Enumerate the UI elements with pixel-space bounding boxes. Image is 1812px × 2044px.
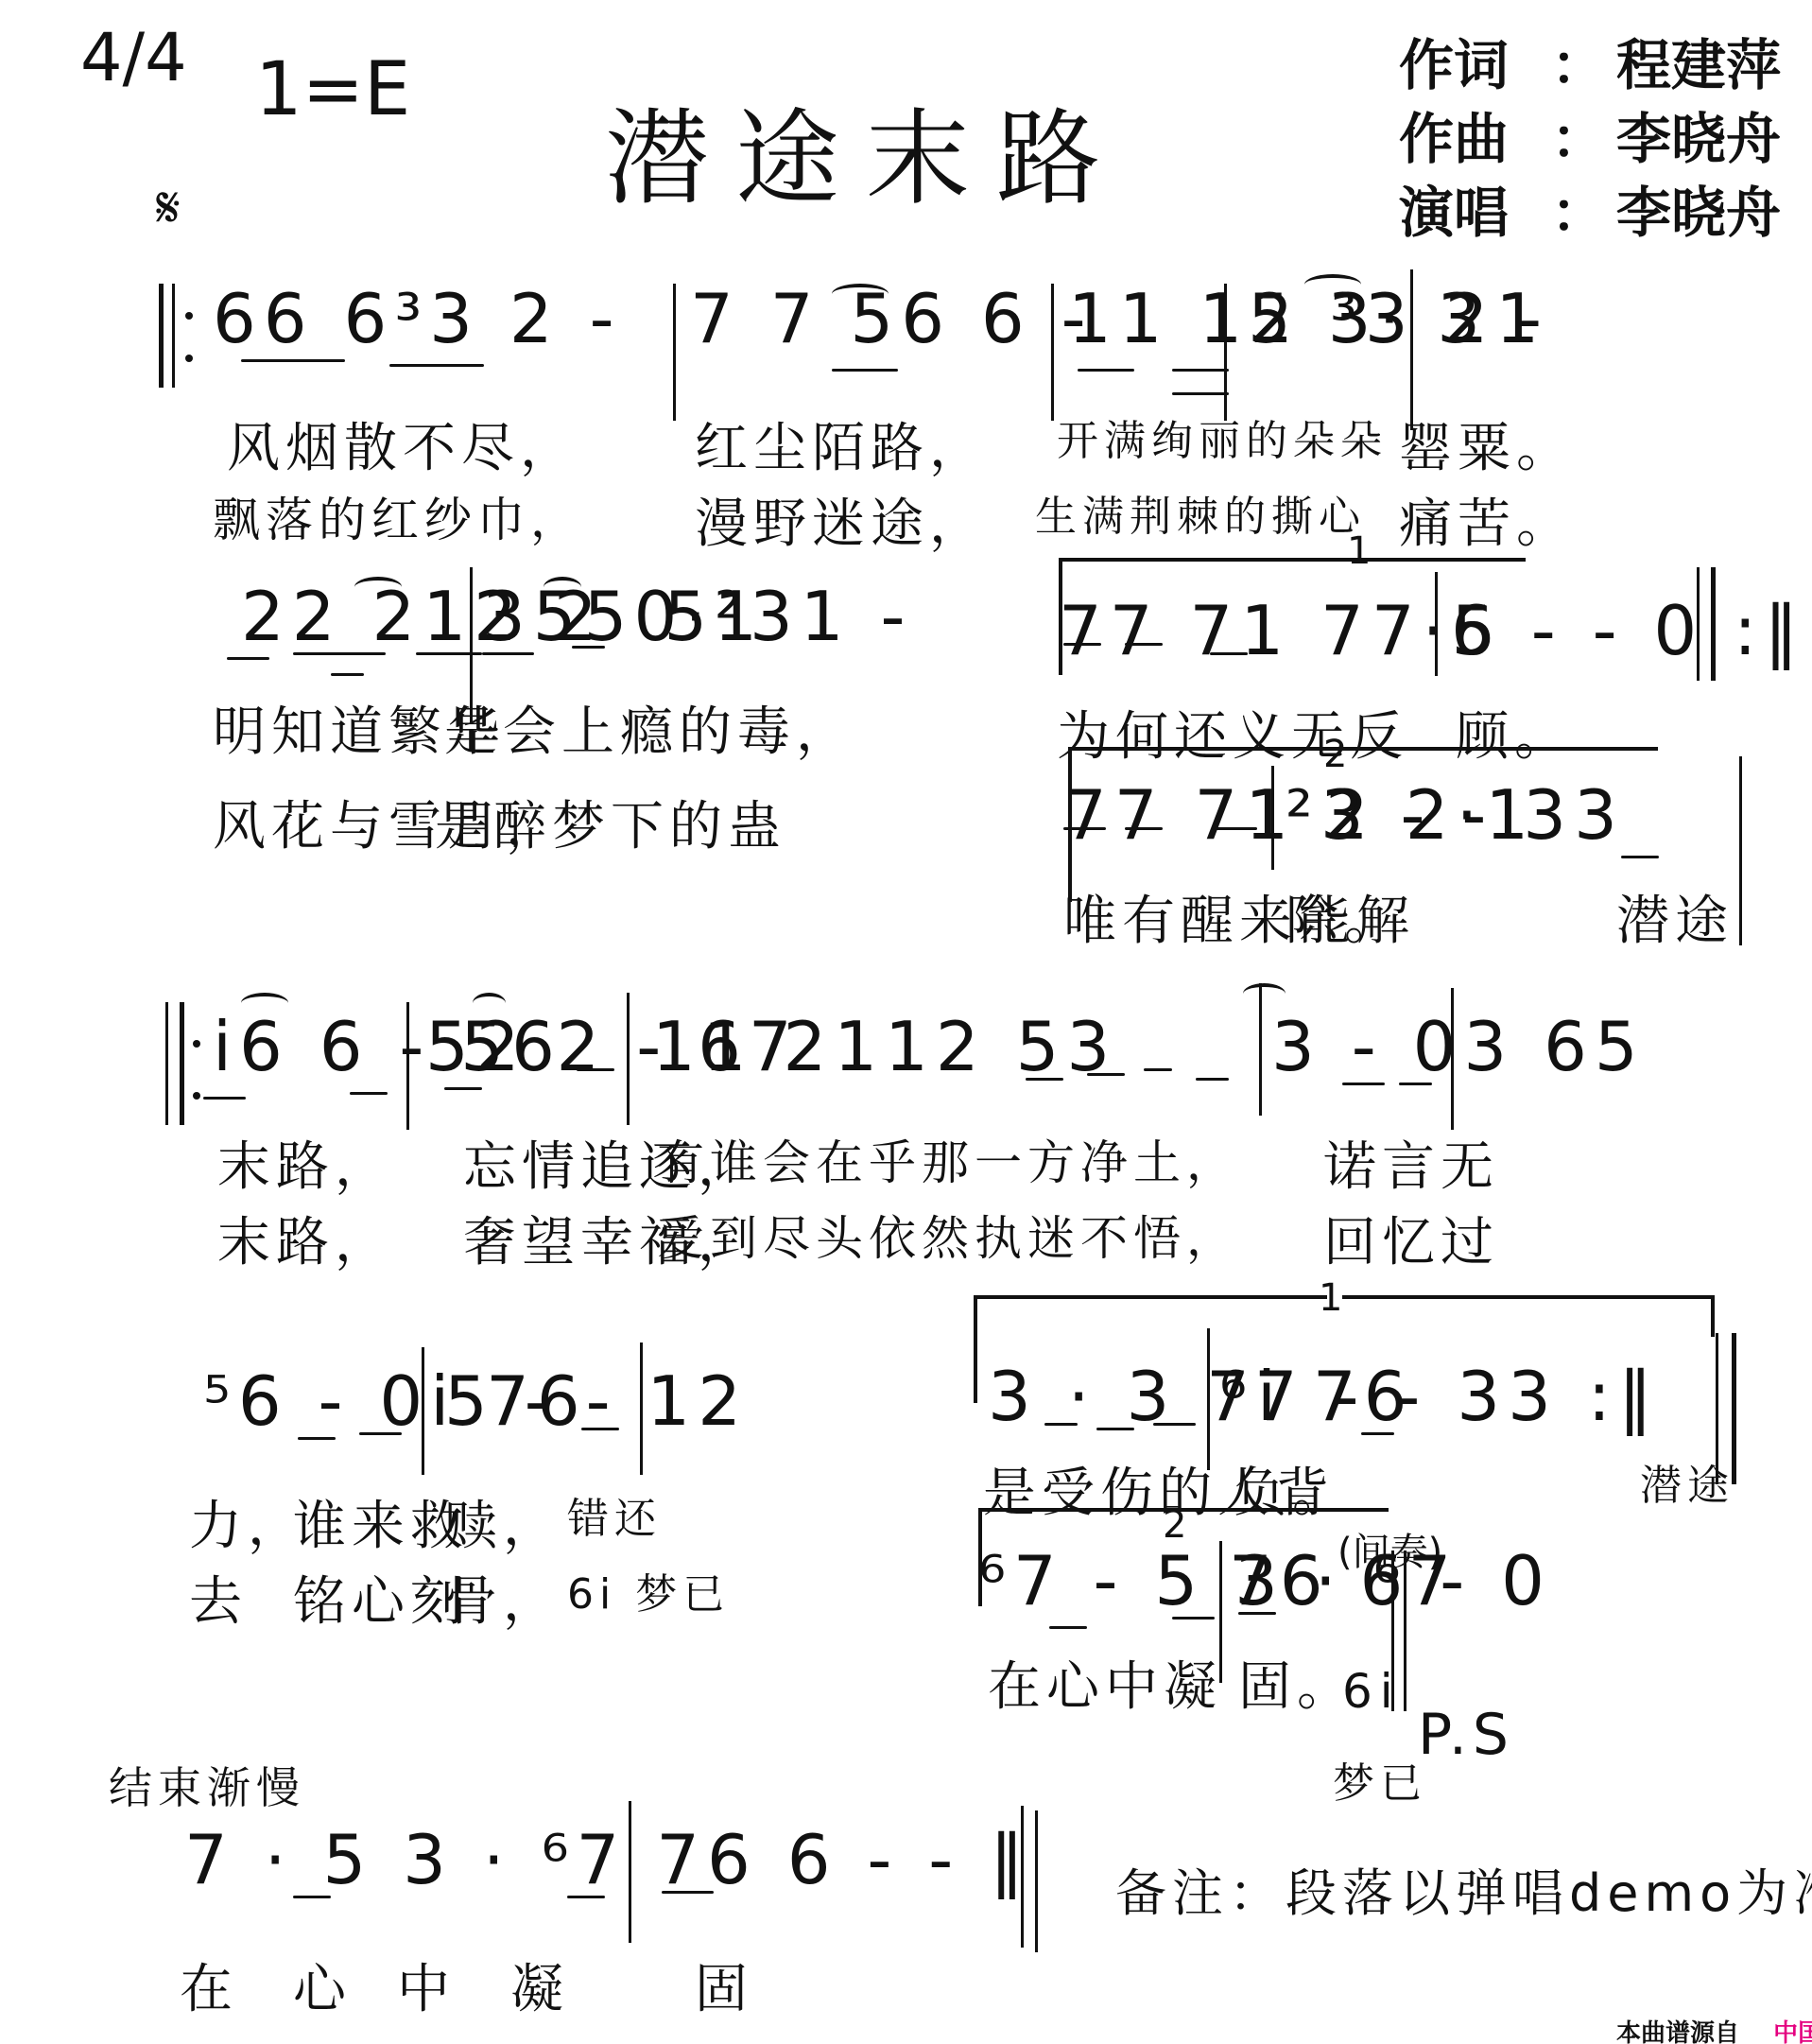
lyric-line-1c: 开满绚丽的朵朵 <box>1057 407 1388 467</box>
coda-lyric-2: 心 <box>293 1948 352 2023</box>
credit-singer: 演唱 ： 李晓舟 <box>1399 176 1781 250</box>
barline <box>422 1347 424 1475</box>
final-bar <box>1021 1806 1024 1948</box>
measure-3-4: 3 - 03 65 <box>1271 1007 1646 1086</box>
lyric-s3-2a: 末路， <box>217 1201 393 1276</box>
s4-ending2-lyric: 在心中凝 <box>988 1645 1222 1721</box>
measure-1-1: 66 6³3 2 - <box>213 279 622 358</box>
measure-1-2: 7 7 56 6 - <box>690 279 1094 358</box>
s4-ending2-lyric-b: 固。 <box>1238 1645 1355 1721</box>
lyric-s4-1b: 谁来救 <box>293 1484 469 1560</box>
lyric-s4-1c: 赎， <box>444 1484 561 1560</box>
underline <box>1049 1626 1087 1629</box>
underline <box>1172 392 1229 395</box>
underline <box>1196 1078 1229 1081</box>
underline <box>1361 1432 1394 1435</box>
barline <box>627 993 630 1125</box>
coda-lyric-1: 在 <box>180 1948 238 2023</box>
underline <box>482 652 534 655</box>
credit-composer: 作曲 ： 李晓舟 <box>1399 102 1781 176</box>
ps-note: P.S <box>1418 1702 1514 1768</box>
interlude-mark: (间奏) <box>1337 1522 1442 1576</box>
lyric-s3-2d: 回忆过 <box>1323 1201 1499 1276</box>
s4-ending1-measure-b: ⁶7 - - 33 :‖ <box>1219 1357 1660 1436</box>
underline <box>319 652 386 655</box>
repeat-start-bar-thin <box>172 284 175 388</box>
remark: 备注：段落以弹唱demo为准） <box>1115 1853 1812 1926</box>
barline <box>1051 284 1054 421</box>
underline <box>1044 1423 1078 1426</box>
source-prefix: 本曲谱源自 <box>1616 2019 1739 2044</box>
underline <box>1621 856 1659 858</box>
source-brand-link[interactable]: 中国词曲网 <box>1773 2019 1812 2044</box>
lyric-s3-2c: 爱到尽头依然执迷不悟， <box>657 1201 1239 1269</box>
barline <box>629 1801 631 1943</box>
underline <box>1096 1428 1134 1430</box>
slur <box>354 577 402 598</box>
lyric-s4-2d: 6i 梦已 <box>567 1560 730 1620</box>
underline <box>359 1432 402 1435</box>
credits: 作词 ： 程建萍 作曲 ： 李晓舟 演唱 ： 李晓舟 <box>1399 28 1781 250</box>
slur <box>241 993 288 1013</box>
coda-lyric-3: 中 <box>397 1948 456 2023</box>
underline <box>1215 827 1257 830</box>
underline <box>1125 827 1163 830</box>
repeat-end-bar <box>1697 567 1700 681</box>
lyric-line-2b: 漫野迷途， <box>695 482 988 558</box>
lyric-s4-1d: 错还 <box>567 1484 662 1545</box>
lyric-s2-1b: 是会上瘾的毒， <box>444 690 854 766</box>
underline <box>1063 827 1106 830</box>
barline <box>1451 988 1454 1130</box>
volta-bracket-1-cont <box>1342 1295 1715 1337</box>
slur <box>1243 983 1286 1004</box>
repeat-dot <box>185 312 193 320</box>
tempo-instruction: 结束渐慢 <box>109 1754 305 1816</box>
underline <box>298 1437 336 1440</box>
underline <box>662 1891 714 1894</box>
underline <box>227 657 269 660</box>
key-signature: 1=E <box>255 47 410 132</box>
ending1-measure-b: 6 - - 0 :‖ <box>1451 591 1805 670</box>
slur <box>473 993 506 1013</box>
underline <box>1342 1083 1385 1085</box>
repeat-dot <box>193 1040 200 1048</box>
ending2-lyric-c: 潜途 <box>1616 879 1734 955</box>
repeat-end-bar-thick <box>1711 567 1716 681</box>
underline <box>1078 369 1134 372</box>
ending2-measure-b: ²3 - - 33 <box>1286 775 1625 855</box>
slur <box>544 577 581 598</box>
source-footer: 本曲谱源自 中国词曲网 <box>1616 2014 1812 2044</box>
underline <box>241 359 345 362</box>
underline <box>1125 643 1163 646</box>
underline <box>444 1087 482 1090</box>
barline <box>673 284 676 421</box>
underline <box>581 1428 619 1430</box>
segno-icon: 𝄋 <box>156 175 181 241</box>
lyric-line-2c: 生满荆棘的撕心 <box>1035 482 1366 543</box>
repeat-start-bar <box>180 1002 184 1125</box>
lyric-line-2a: 飘落的红纱巾， <box>213 482 583 550</box>
underline <box>389 364 484 367</box>
repeat-dot <box>193 1092 200 1100</box>
barline <box>1271 766 1274 870</box>
slur <box>832 284 889 304</box>
barline <box>1224 284 1227 421</box>
underline <box>577 1068 614 1071</box>
measure-1-4: 5 3· 3 - <box>1248 279 1549 358</box>
underline <box>1238 1612 1276 1615</box>
underline <box>1026 1078 1063 1081</box>
volta-label-1: 1 <box>1319 1276 1342 1320</box>
coda-notes: 7 · 5 3 · ⁶7 76 6 - - ‖ <box>184 1820 1031 1899</box>
underline <box>1153 1423 1196 1426</box>
underline <box>203 1097 246 1100</box>
time-signature: 4/4 <box>80 19 187 96</box>
volta-label-1: 1 <box>1347 529 1371 573</box>
lyric-s4-2a: 去 <box>189 1560 248 1636</box>
pickup-notes: 6i <box>1342 1664 1401 1719</box>
underline <box>832 369 898 372</box>
underline <box>1172 369 1229 372</box>
credit-lyricist: 作词 ： 程建萍 <box>1399 28 1781 102</box>
ending2-lyric-b: 除。 <box>1286 879 1403 955</box>
lyric-line-2d: 痛苦。 <box>1399 482 1575 558</box>
underline <box>567 1896 605 1898</box>
underline <box>1087 1073 1125 1076</box>
pickup-lyric: 梦已 <box>1333 1749 1427 1810</box>
lyric-line-1a: 风烟散不尽， <box>227 407 578 482</box>
lyric-s3-1d: 诺言无 <box>1323 1125 1499 1201</box>
slur <box>1304 274 1361 295</box>
barline <box>1207 1328 1210 1470</box>
underline <box>1144 1068 1172 1071</box>
coda-lyric-4: 凝 <box>510 1948 569 2023</box>
final-bar <box>1404 1550 1406 1711</box>
lyric-s4-2c: 骨， <box>444 1560 561 1636</box>
lyric-s2-2b: 是醉梦下的蛊 <box>435 785 786 860</box>
s4-ending1-lyric-c: 潜途 <box>1640 1451 1734 1512</box>
underline <box>293 1896 331 1898</box>
final-bar <box>1035 1810 1038 1952</box>
page-title: 潜途末路 <box>605 76 1127 225</box>
underline <box>1210 652 1248 655</box>
lyric-s4-2b: 铭心刻 <box>293 1560 469 1636</box>
repeat-dot <box>185 355 193 362</box>
underline <box>1399 1083 1432 1085</box>
lyric-s3-1c: 有谁会在乎那一方净土， <box>657 1125 1239 1193</box>
underline <box>1063 643 1101 646</box>
underline <box>350 1092 388 1095</box>
underline <box>331 673 364 676</box>
lyric-s4-1a: 力， <box>189 1484 306 1560</box>
lyric-s3-1a: 末路， <box>217 1125 393 1201</box>
underline <box>1172 1617 1215 1620</box>
repeat-start-bar <box>159 284 164 388</box>
barline <box>1739 756 1742 945</box>
barline <box>640 1342 643 1475</box>
coda-lyric-5: 固 <box>695 1948 753 2023</box>
lyric-line-1d: 罂粟。 <box>1399 407 1575 482</box>
barline <box>1435 572 1438 676</box>
measure-3-3: 11 2112 53 <box>652 1007 1117 1086</box>
volta-label-2: 2 <box>1323 733 1347 776</box>
barline <box>406 1002 409 1130</box>
lyric-line-1b: 红尘陌路， <box>695 407 988 482</box>
repeat-start-bar-thin <box>165 1002 168 1125</box>
